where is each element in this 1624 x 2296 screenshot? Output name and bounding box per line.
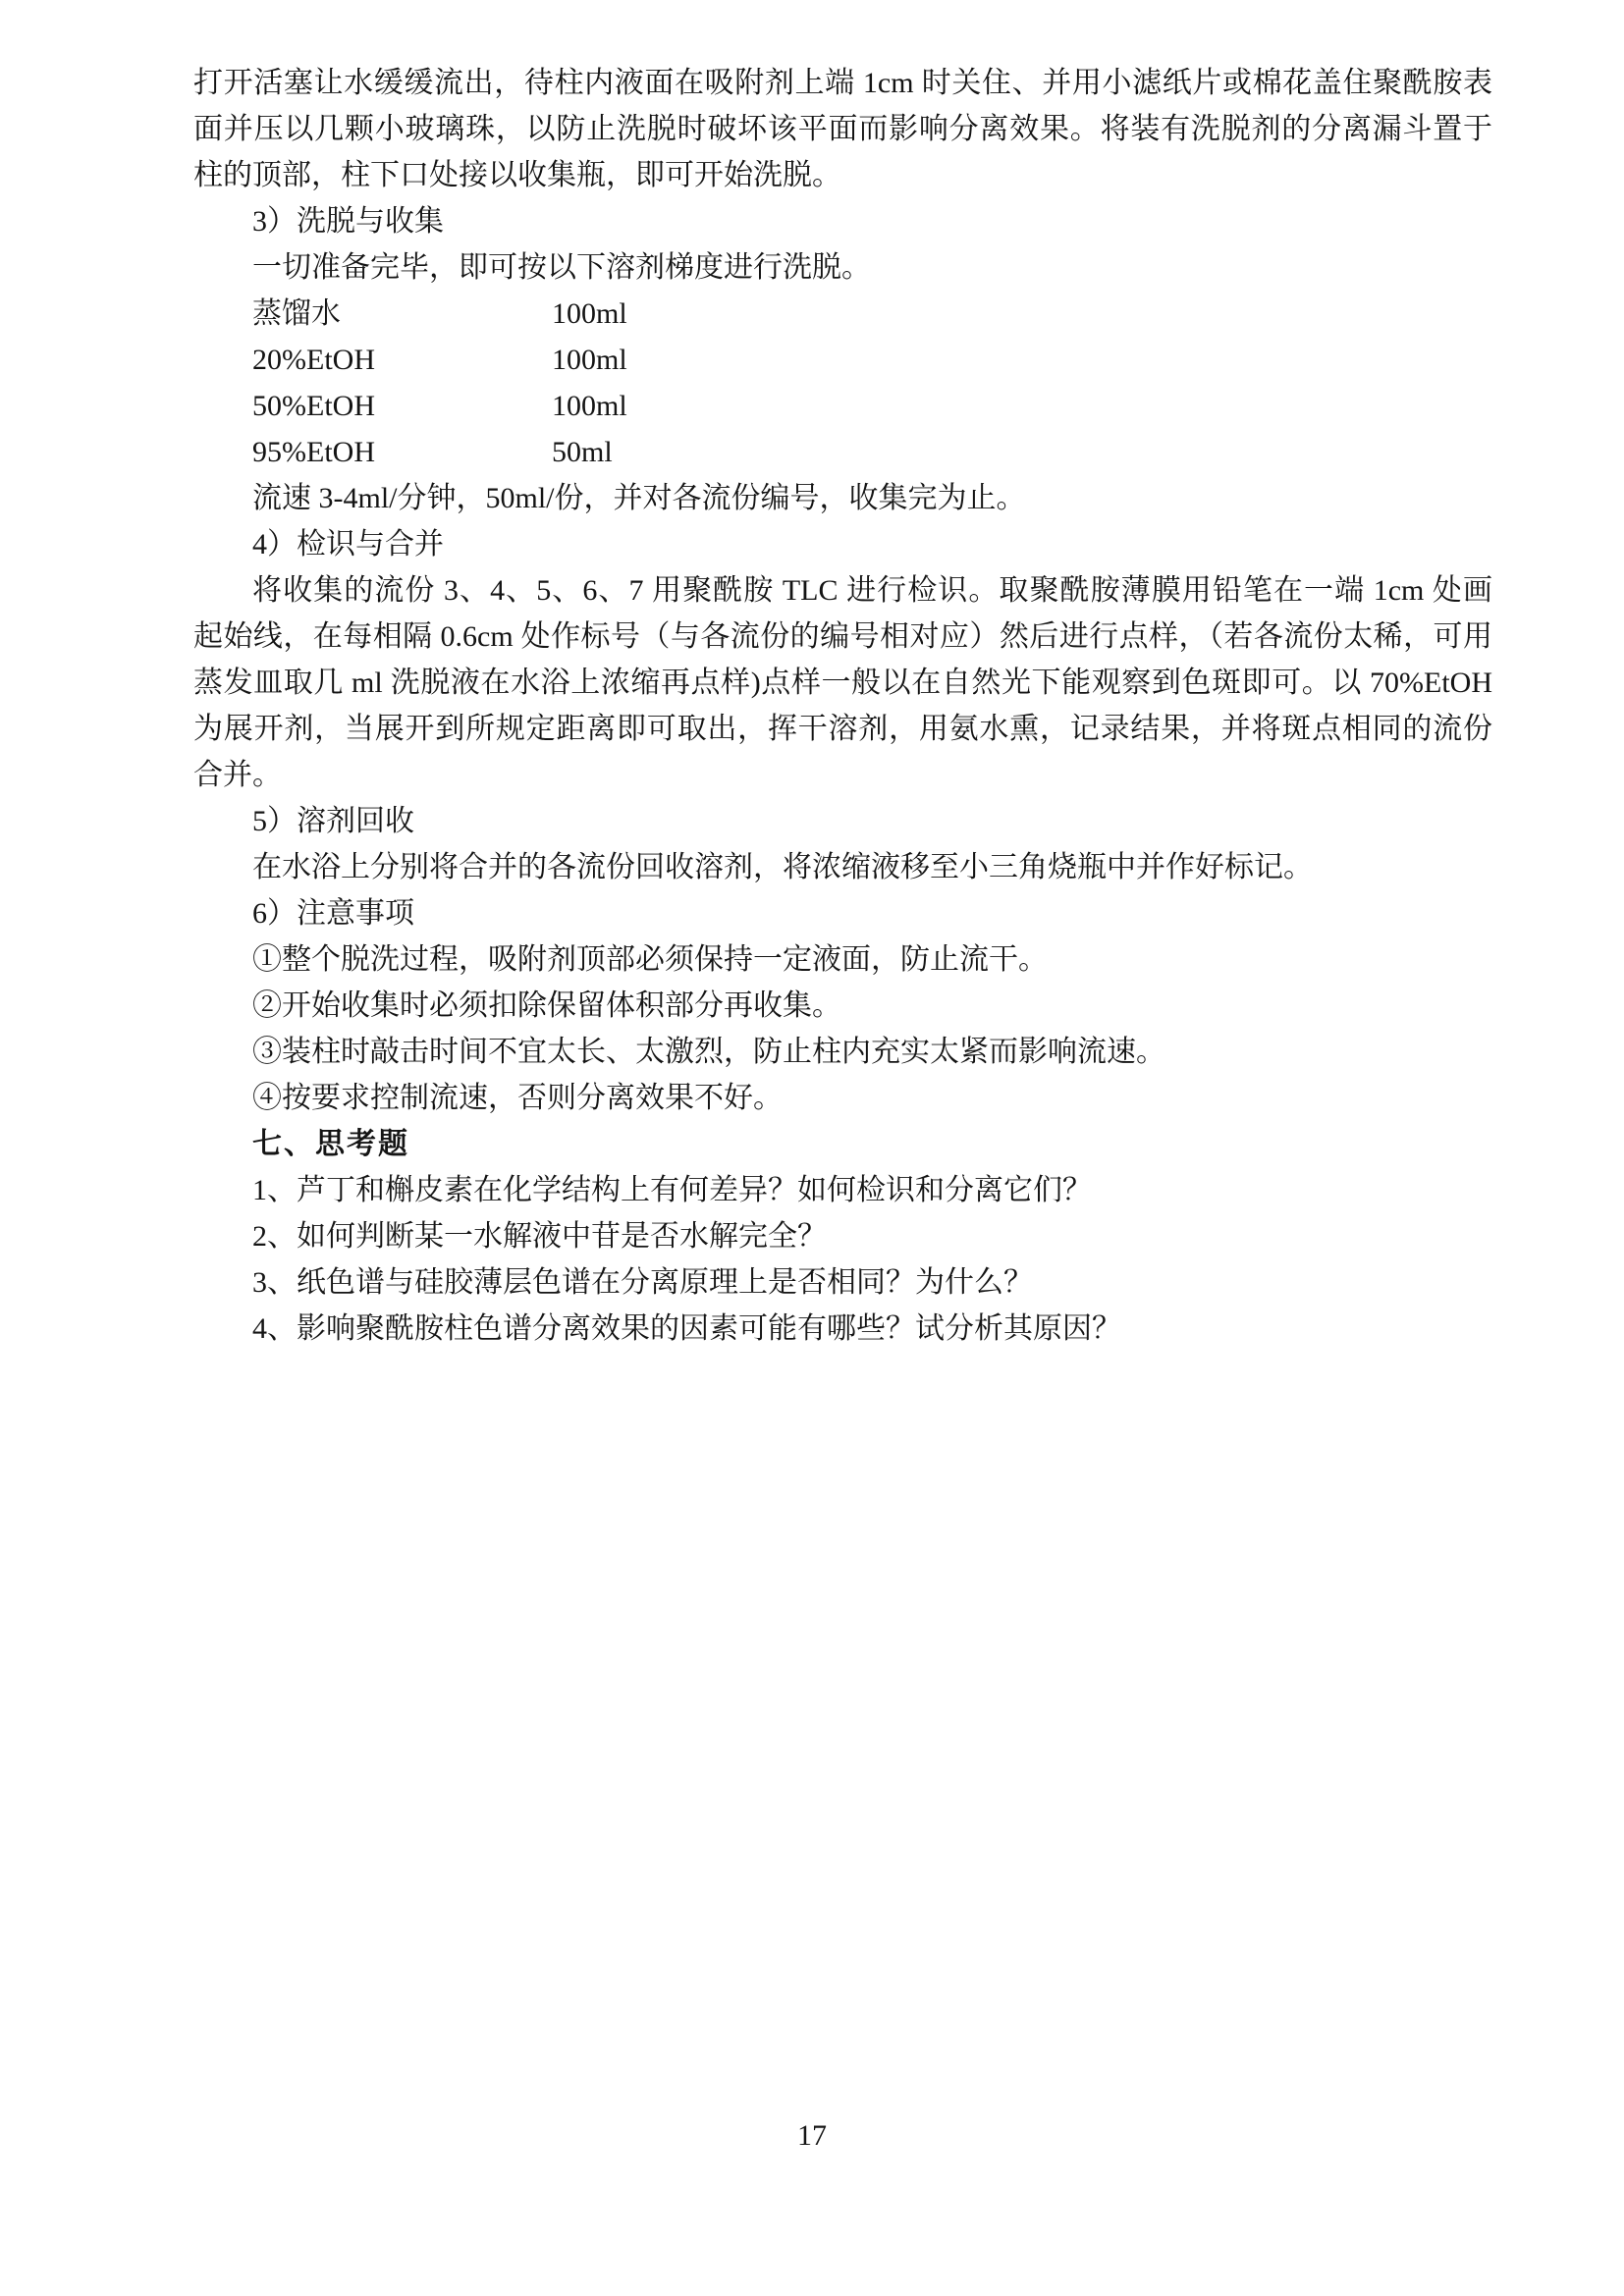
note-item: ④按要求控制流速，否则分离效果不好。	[193, 1075, 1492, 1121]
solvent-volume: 50ml	[552, 436, 613, 468]
note-item: ②开始收集时必须扣除保留体积部分再收集。	[193, 983, 1492, 1029]
page-number: 17	[0, 2116, 1624, 2156]
section-6-heading: 6）注意事项	[193, 890, 1492, 936]
section-3-heading: 3）洗脱与收集	[193, 198, 1492, 244]
solvent-row: 50%EtOH100ml	[193, 383, 1492, 429]
document-page: 打开活塞让水缓缓流出，待柱内液面在吸附剂上端 1cm 时关住、并用小滤纸片或棉花…	[0, 0, 1624, 2296]
section-4-body-line: 合并。	[193, 752, 1492, 798]
paragraph-continuation-line: 面并压以几颗小玻璃珠，以防止洗脱时破坏该平面而影响分离效果。将装有洗脱剂的分离漏…	[193, 106, 1492, 152]
solvent-volume: 100ml	[552, 344, 627, 376]
section-5-heading: 5）溶剂回收	[193, 798, 1492, 844]
flow-rate-note: 流速 3-4ml/分钟，50ml/份，并对各流份编号，收集完为止。	[193, 475, 1492, 521]
question-item: 3、纸色谱与硅胶薄层色谱在分离原理上是否相同？为什么？	[193, 1259, 1492, 1306]
question-item: 1、芦丁和槲皮素在化学结构上有何差异？如何检识和分离它们？	[193, 1167, 1492, 1213]
solvent-name: 蒸馏水	[252, 291, 552, 337]
paragraph-continuation-line: 柱的顶部，柱下口处接以收集瓶，即可开始洗脱。	[193, 152, 1492, 198]
solvent-volume: 100ml	[552, 297, 627, 330]
section-4-body-line: 蒸发皿取几 ml 洗脱液在水浴上浓缩再点样)点样一般以在自然光下能观察到色斑即可…	[193, 660, 1492, 706]
note-item: ③装柱时敲击时间不宜太长、太激烈，防止柱内充实太紧而影响流速。	[193, 1029, 1492, 1075]
section-3-intro: 一切准备完毕，即可按以下溶剂梯度进行洗脱。	[193, 244, 1492, 291]
solvent-row: 95%EtOH50ml	[193, 429, 1492, 475]
note-item: ①整个脱洗过程，吸附剂顶部必须保持一定液面，防止流干。	[193, 936, 1492, 983]
section-4-body-line: 起始线，在每相隔 0.6cm 处作标号（与各流份的编号相对应）然后进行点样，（若…	[193, 614, 1492, 660]
section-4-body-line: 将收集的流份 3、4、5、6、7 用聚酰胺 TLC 进行检识。取聚酰胺薄膜用铅笔…	[193, 567, 1492, 614]
solvent-row: 蒸馏水100ml	[193, 291, 1492, 337]
solvent-name: 50%EtOH	[252, 383, 552, 429]
paragraph-continuation-line: 打开活塞让水缓缓流出，待柱内液面在吸附剂上端 1cm 时关住、并用小滤纸片或棉花…	[193, 60, 1492, 106]
document-content: 打开活塞让水缓缓流出，待柱内液面在吸附剂上端 1cm 时关住、并用小滤纸片或棉花…	[193, 60, 1492, 1352]
section-7-heading: 七、思考题	[193, 1121, 1492, 1167]
question-item: 2、如何判断某一水解液中苷是否水解完全？	[193, 1213, 1492, 1259]
solvent-volume: 100ml	[552, 390, 627, 422]
question-item: 4、影响聚酰胺柱色谱分离效果的因素可能有哪些？试分析其原因？	[193, 1306, 1492, 1352]
solvent-name: 95%EtOH	[252, 429, 552, 475]
solvent-name: 20%EtOH	[252, 337, 552, 383]
solvent-row: 20%EtOH100ml	[193, 337, 1492, 383]
section-4-body-line: 为展开剂，当展开到所规定距离即可取出，挥干溶剂，用氨水熏，记录结果，并将斑点相同…	[193, 706, 1492, 752]
section-4-heading: 4）检识与合并	[193, 521, 1492, 567]
section-5-body: 在水浴上分别将合并的各流份回收溶剂，将浓缩液移至小三角烧瓶中并作好标记。	[193, 844, 1492, 890]
